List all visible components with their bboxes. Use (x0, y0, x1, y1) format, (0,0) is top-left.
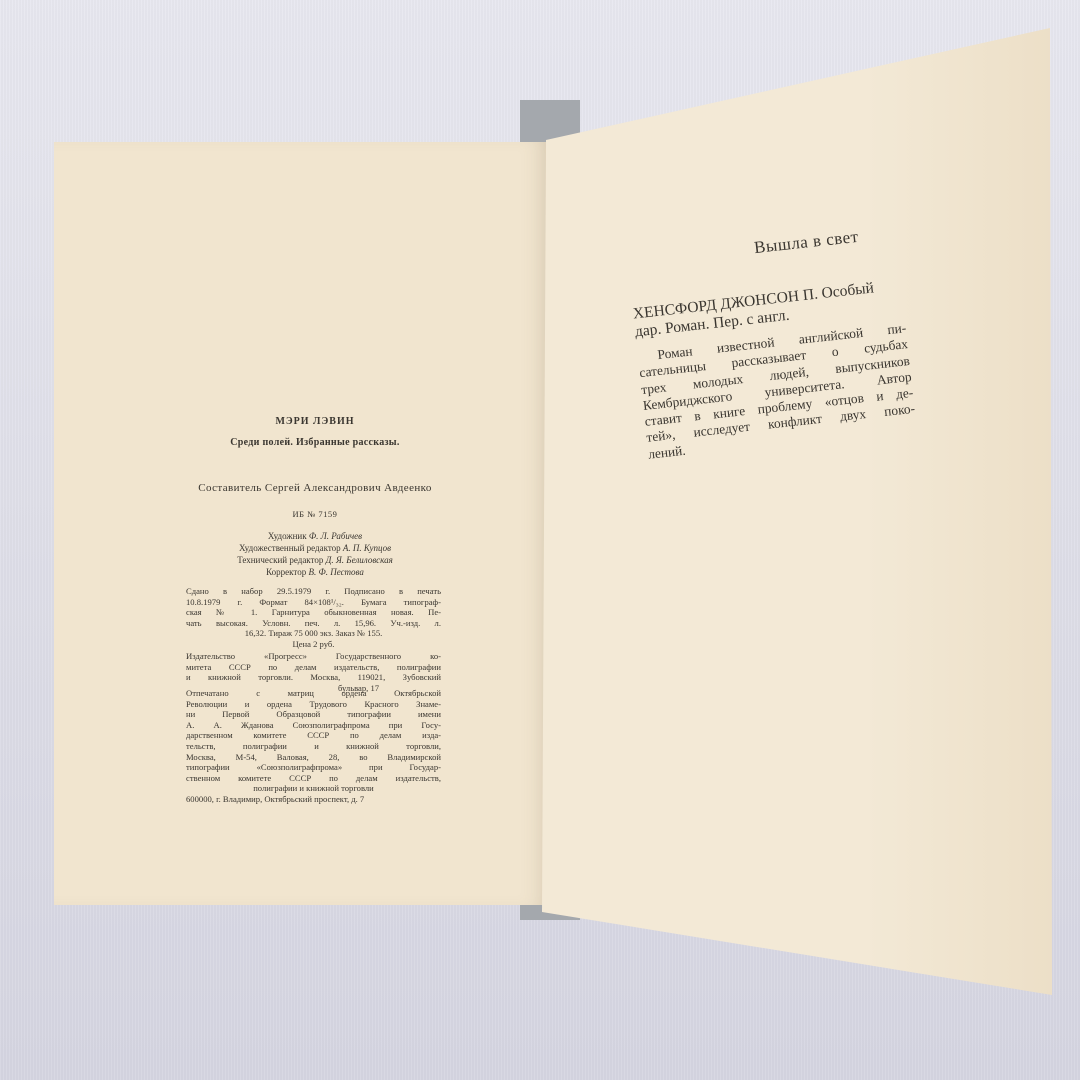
compiler-line: Составитель Сергей Александрович Авдеенк… (170, 482, 460, 494)
right-page-text: Вышла в свет ХЕНСФОРД ДЖОНСОН П. Особый … (625, 208, 947, 463)
credit-line: Художественный редактор А. П. Купцов (170, 542, 460, 554)
author-name: МЭРИ ЛЭВИН (170, 416, 460, 427)
print-specs: Сдано в набор 29.5.1979 г. Подписано в п… (186, 586, 441, 650)
price: Цена 2 руб. (186, 639, 441, 650)
credit-line: Корректор В. Ф. Пестова (170, 566, 460, 578)
credit-line: Художник Ф. Л. Рабичев (170, 530, 460, 542)
printer-info: Отпечатано с матриц ордена Октябрьской Р… (186, 688, 441, 805)
credit-line: Технический редактор Д. Я. Белиловская (170, 554, 460, 566)
book-title-left: Среди полей. Избранные рассказы. (170, 437, 460, 448)
credits-block: Художник Ф. Л. Рабичев Художественный ре… (170, 530, 460, 578)
ib-number: ИБ № 7159 (170, 509, 460, 519)
